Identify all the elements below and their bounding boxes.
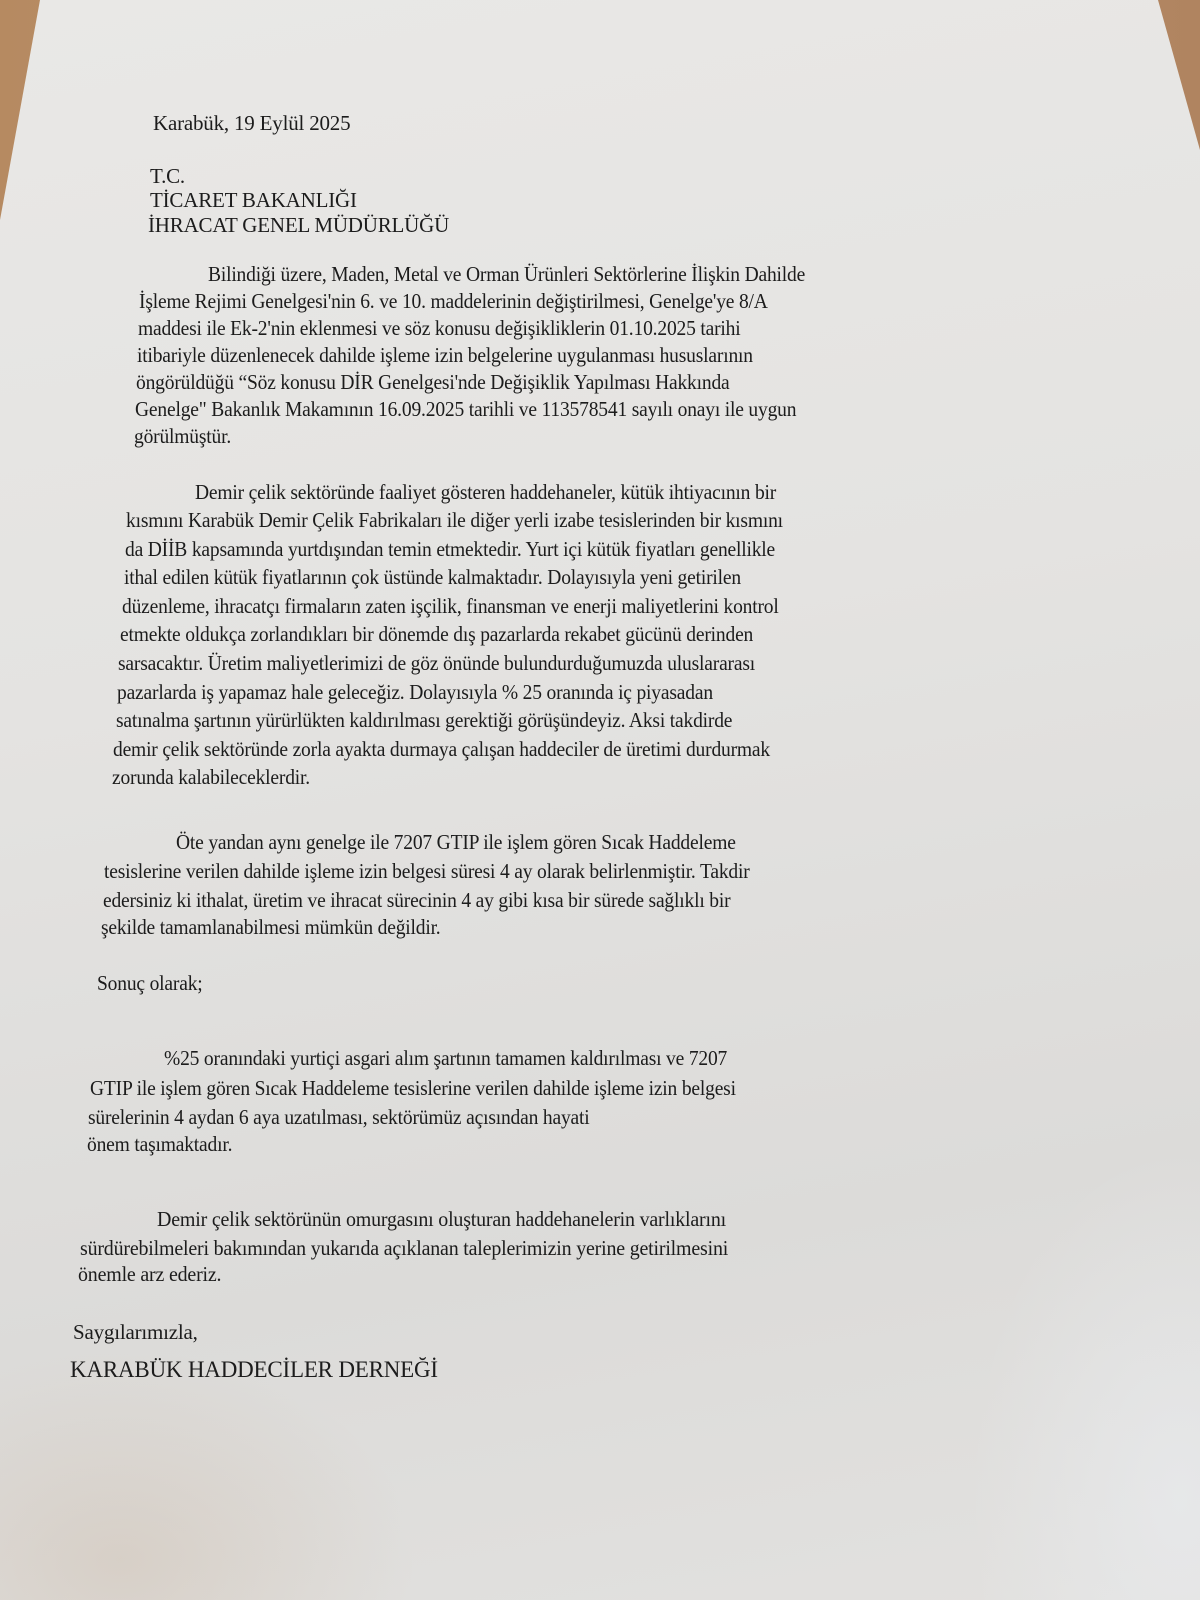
paragraph-line: satınalma şartının yürürlükten kaldırılm…: [116, 708, 732, 733]
paragraph-line: itibariyle düzenlenecek dahilde işleme i…: [137, 343, 753, 368]
conclusion-heading: Sonuç olarak;: [97, 971, 203, 996]
paragraph-line: tesislerine verilen dahilde işleme izin …: [104, 859, 750, 884]
paragraph-line: edersiniz ki ithalat, üretim ve ihracat …: [103, 888, 730, 913]
paragraph-line: sarsacaktır. Üretim maliyetlerimizi de g…: [118, 651, 755, 676]
paragraph-line: Bilindiği üzere, Maden, Metal ve Orman Ü…: [208, 262, 805, 287]
recipient-line-2: TİCARET BAKANLIĞI: [150, 188, 357, 213]
paragraph-line: şekilde tamamlanabilmesi mümkün değildir…: [101, 915, 441, 940]
paragraph-line: önem taşımaktadır.: [87, 1132, 232, 1157]
paragraph-line: öngörüldüğü “Söz konusu DİR Genelgesi'nd…: [136, 370, 730, 395]
closing: Saygılarımızla,: [73, 1320, 198, 1345]
paragraph-line: Genelge" Bakanlık Makamının 16.09.2025 t…: [135, 397, 796, 422]
recipient-line-3: İHRACAT GENEL MÜDÜRLÜĞÜ: [148, 213, 449, 238]
paragraph-line: %25 oranındaki yurtiçi asgari alım şartı…: [164, 1046, 727, 1071]
paragraph-line: görülmüştür.: [134, 424, 231, 449]
paragraph-line: maddesi ile Ek-2'nin eklenmesi ve söz ko…: [138, 316, 740, 341]
paragraph-line: zorunda kalabileceklerdir.: [112, 765, 310, 790]
paragraph-line: ithal edilen kütük fiyatlarının çok üstü…: [124, 565, 741, 590]
paragraph-line: etmekte oldukça zorlandıkları bir dönemd…: [120, 622, 753, 647]
paragraph-line: sürdürebilmeleri bakımından yukarıda açı…: [80, 1236, 728, 1261]
paragraph-line: Demir çelik sektörünün omurgasını oluştu…: [157, 1207, 726, 1232]
paragraph-line: düzenleme, ihracatçı firmaların zaten iş…: [122, 594, 779, 619]
paragraph-line: önemle arz ederiz.: [78, 1262, 221, 1287]
paragraph-line: İşleme Rejimi Genelgesi'nin 6. ve 10. ma…: [139, 289, 768, 314]
paragraph-line: Öte yandan aynı genelge ile 7207 GTIP il…: [176, 830, 736, 855]
paragraph-line: GTIP ile işlem gören Sıcak Haddeleme tes…: [90, 1076, 736, 1101]
letter-body: Karabük, 19 Eylül 2025 T.C. TİCARET BAKA…: [0, 0, 1200, 1600]
paragraph-line: pazarlarda iş yapamaz hale geleceğiz. Do…: [117, 680, 713, 705]
place-date: Karabük, 19 Eylül 2025: [153, 111, 350, 136]
signatory: KARABÜK HADDECİLER DERNEĞİ: [70, 1357, 438, 1383]
paragraph-line: Demir çelik sektöründe faaliyet gösteren…: [195, 480, 776, 505]
recipient-line-1: T.C.: [150, 164, 185, 189]
paragraph-line: da DİİB kapsamında yurtdışından temin et…: [125, 537, 775, 562]
paragraph-line: sürelerinin 4 aydan 6 aya uzatılması, se…: [88, 1105, 590, 1130]
paragraph-line: demir çelik sektöründe zorla ayakta durm…: [113, 737, 770, 762]
paragraph-line: kısmını Karabük Demir Çelik Fabrikaları …: [126, 508, 783, 533]
